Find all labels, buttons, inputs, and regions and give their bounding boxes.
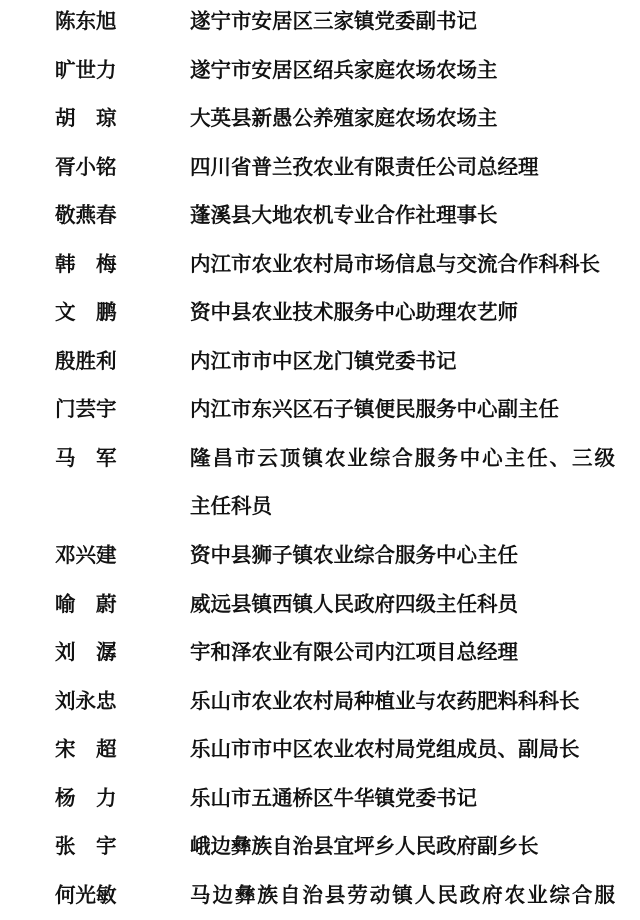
roster-list: 陈东旭 遂宁市安居区三家镇党委副书记 旷世力 遂宁市安居区绍兵家庭农场农场主 胡… xyxy=(55,0,640,918)
person-name: 喻 蔚 xyxy=(55,581,190,630)
person-title: 乐山市五通桥区牛华镇党委书记 xyxy=(190,775,615,824)
person-title: 蓬溪县大地农机专业合作社理事长 xyxy=(190,192,615,241)
person-name: 宋 超 xyxy=(55,726,190,775)
roster-row: 胡 琼 大英县新愚公养殖家庭农场农场主 xyxy=(55,95,640,144)
person-title-line: 马边彝族自治县劳动镇人民政府农业综合服 xyxy=(190,872,615,918)
person-title: 隆昌市云顶镇农业综合服务中心主任、三级主任科员 xyxy=(190,435,615,532)
person-name: 殷胜利 xyxy=(55,338,190,387)
person-name: 何光敏 xyxy=(55,872,190,918)
person-title-line: 宇和泽农业有限公司内江项目总经理 xyxy=(190,629,615,678)
person-title: 遂宁市安居区三家镇党委副书记 xyxy=(190,0,615,47)
roster-row: 邓兴建 资中县狮子镇农业综合服务中心主任 xyxy=(55,532,640,581)
roster-row: 马 军 隆昌市云顶镇农业综合服务中心主任、三级主任科员 xyxy=(55,435,640,532)
person-name: 韩 梅 xyxy=(55,241,190,290)
roster-row: 殷胜利 内江市市中区龙门镇党委书记 xyxy=(55,338,640,387)
person-name: 马 军 xyxy=(55,435,190,484)
person-name: 张 宇 xyxy=(55,823,190,872)
person-title: 遂宁市安居区绍兵家庭农场农场主 xyxy=(190,47,615,96)
person-title: 峨边彝族自治县宜坪乡人民政府副乡长 xyxy=(190,823,615,872)
person-title-line: 内江市农业农村局市场信息与交流合作科科长 xyxy=(190,241,615,290)
document-page: 陈东旭 遂宁市安居区三家镇党委副书记 旷世力 遂宁市安居区绍兵家庭农场农场主 胡… xyxy=(0,0,640,918)
person-title-line: 四川省普兰孜农业有限责任公司总经理 xyxy=(190,144,615,193)
person-title-line: 隆昌市云顶镇农业综合服务中心主任、三级 xyxy=(190,435,615,484)
person-title: 大英县新愚公养殖家庭农场农场主 xyxy=(190,95,615,144)
person-name: 陈东旭 xyxy=(55,0,190,47)
person-title: 马边彝族自治县劳动镇人民政府农业综合服 xyxy=(190,872,615,918)
person-title: 内江市市中区龙门镇党委书记 xyxy=(190,338,615,387)
person-title: 乐山市农业农村局种植业与农药肥料科科长 xyxy=(190,678,615,727)
person-name: 胥小铭 xyxy=(55,144,190,193)
roster-row: 宋 超 乐山市市中区农业农村局党组成员、副局长 xyxy=(55,726,640,775)
person-title: 资中县农业技术服务中心助理农艺师 xyxy=(190,289,615,338)
roster-row: 胥小铭 四川省普兰孜农业有限责任公司总经理 xyxy=(55,144,640,193)
person-name: 刘永忠 xyxy=(55,678,190,727)
person-title-line: 威远县镇西镇人民政府四级主任科员 xyxy=(190,581,615,630)
person-title-line: 内江市东兴区石子镇便民服务中心副主任 xyxy=(190,386,615,435)
person-title-line: 主任科员 xyxy=(190,483,615,532)
roster-row: 刘 潺 宇和泽农业有限公司内江项目总经理 xyxy=(55,629,640,678)
roster-row: 文 鹏 资中县农业技术服务中心助理农艺师 xyxy=(55,289,640,338)
person-title-line: 资中县农业技术服务中心助理农艺师 xyxy=(190,289,615,338)
person-title-line: 内江市市中区龙门镇党委书记 xyxy=(190,338,615,387)
roster-row: 何光敏 马边彝族自治县劳动镇人民政府农业综合服 xyxy=(55,872,640,918)
roster-row: 旷世力 遂宁市安居区绍兵家庭农场农场主 xyxy=(55,47,640,96)
roster-row: 刘永忠 乐山市农业农村局种植业与农药肥料科科长 xyxy=(55,678,640,727)
roster-row: 张 宇 峨边彝族自治县宜坪乡人民政府副乡长 xyxy=(55,823,640,872)
person-title-line: 乐山市农业农村局种植业与农药肥料科科长 xyxy=(190,678,615,727)
person-title-line: 乐山市五通桥区牛华镇党委书记 xyxy=(190,775,615,824)
person-name: 邓兴建 xyxy=(55,532,190,581)
person-name: 旷世力 xyxy=(55,47,190,96)
person-title-line: 遂宁市安居区绍兵家庭农场农场主 xyxy=(190,47,615,96)
person-title: 资中县狮子镇农业综合服务中心主任 xyxy=(190,532,615,581)
roster-row: 门芸宇 内江市东兴区石子镇便民服务中心副主任 xyxy=(55,386,640,435)
person-title: 宇和泽农业有限公司内江项目总经理 xyxy=(190,629,615,678)
roster-row: 喻 蔚 威远县镇西镇人民政府四级主任科员 xyxy=(55,581,640,630)
person-title-line: 乐山市市中区农业农村局党组成员、副局长 xyxy=(190,726,615,775)
person-title-line: 遂宁市安居区三家镇党委副书记 xyxy=(190,0,615,47)
person-title: 威远县镇西镇人民政府四级主任科员 xyxy=(190,581,615,630)
person-title: 四川省普兰孜农业有限责任公司总经理 xyxy=(190,144,615,193)
roster-row: 陈东旭 遂宁市安居区三家镇党委副书记 xyxy=(55,0,640,47)
person-name: 胡 琼 xyxy=(55,95,190,144)
person-title-line: 峨边彝族自治县宜坪乡人民政府副乡长 xyxy=(190,823,615,872)
roster-row: 韩 梅 内江市农业农村局市场信息与交流合作科科长 xyxy=(55,241,640,290)
person-title-line: 大英县新愚公养殖家庭农场农场主 xyxy=(190,95,615,144)
person-name: 门芸宇 xyxy=(55,386,190,435)
person-title: 内江市东兴区石子镇便民服务中心副主任 xyxy=(190,386,615,435)
roster-row: 敬燕春 蓬溪县大地农机专业合作社理事长 xyxy=(55,192,640,241)
person-name: 文 鹏 xyxy=(55,289,190,338)
person-name: 敬燕春 xyxy=(55,192,190,241)
person-title-line: 蓬溪县大地农机专业合作社理事长 xyxy=(190,192,615,241)
person-title: 内江市农业农村局市场信息与交流合作科科长 xyxy=(190,241,615,290)
roster-row: 杨 力 乐山市五通桥区牛华镇党委书记 xyxy=(55,775,640,824)
person-name: 刘 潺 xyxy=(55,629,190,678)
person-name: 杨 力 xyxy=(55,775,190,824)
person-title-line: 资中县狮子镇农业综合服务中心主任 xyxy=(190,532,615,581)
person-title: 乐山市市中区农业农村局党组成员、副局长 xyxy=(190,726,615,775)
